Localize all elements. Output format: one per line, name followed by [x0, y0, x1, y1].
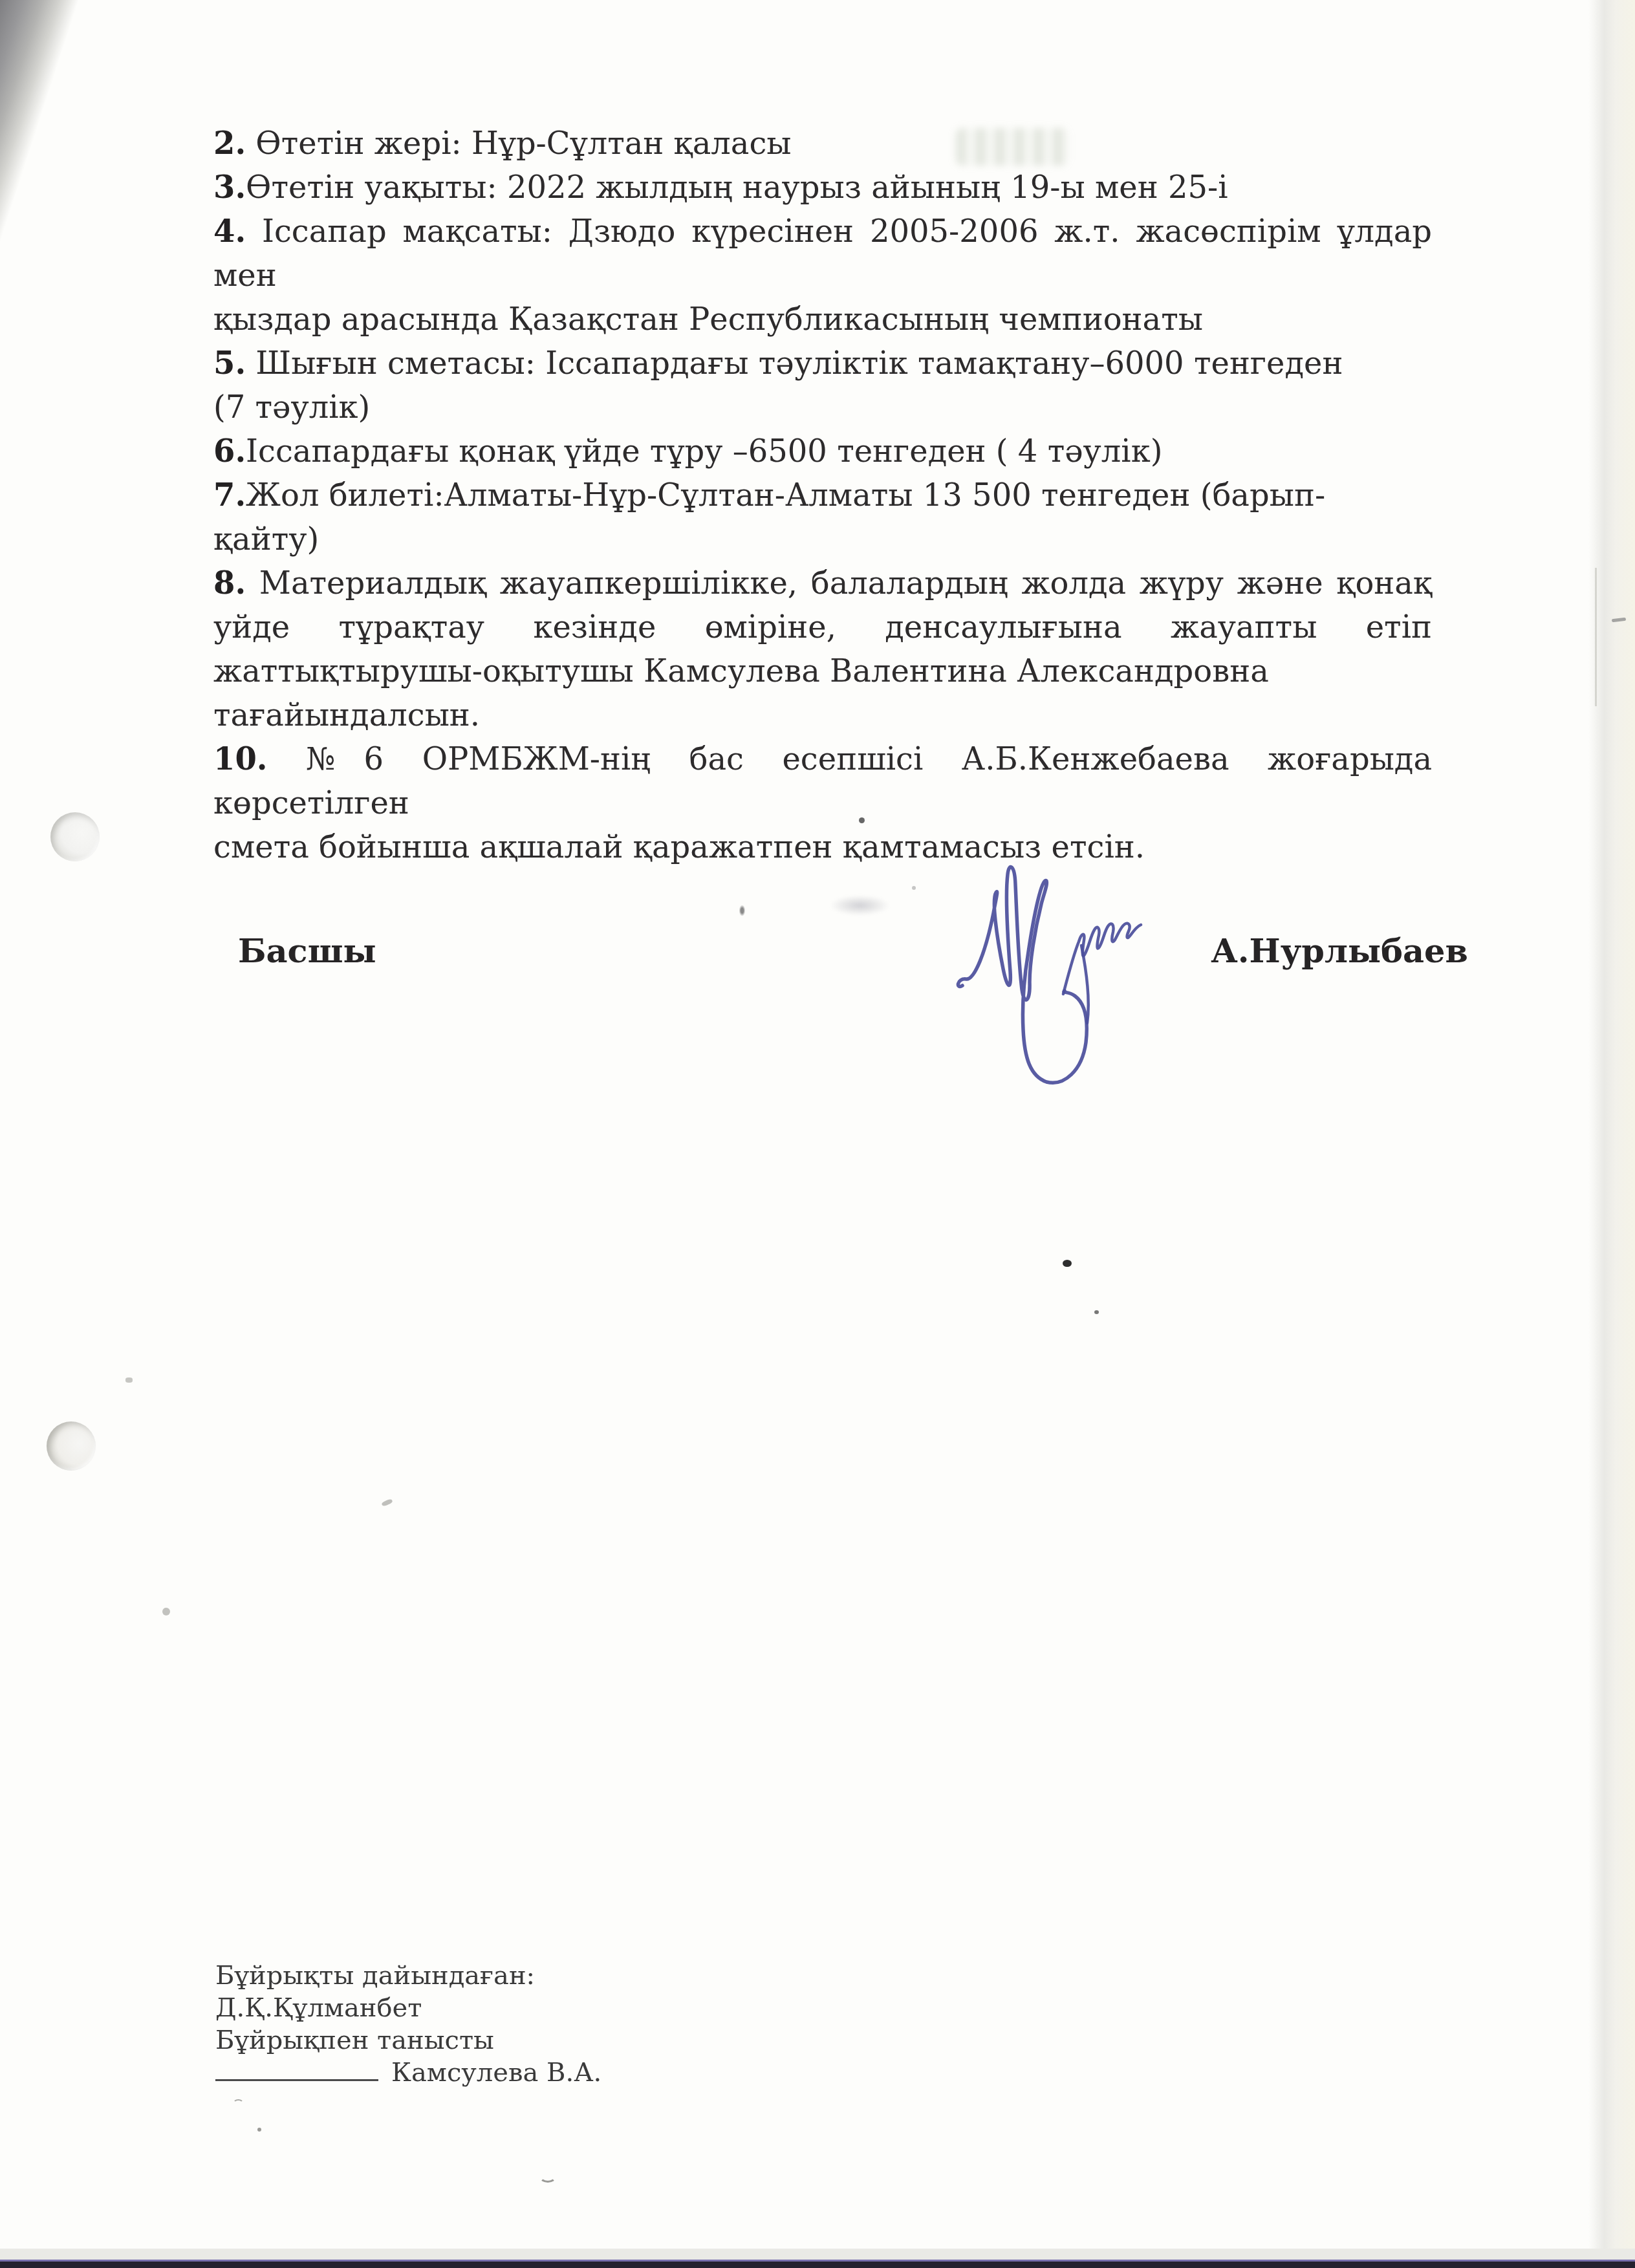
- order-line-text: Материалдық жауапкершілікке, балалардың …: [246, 565, 1432, 601]
- order-line-number: 2.: [213, 125, 246, 162]
- scan-corner-shadow: [0, 0, 142, 259]
- scan-speck: [1094, 1310, 1099, 1314]
- order-line: 10. №6 ОРМБЖМ-нің бас есепшісі А.Б.Кенже…: [213, 737, 1432, 825]
- paper-fold-line: [1595, 568, 1597, 706]
- order-line-number: 7.: [213, 477, 246, 513]
- signer-title: Басшы: [213, 929, 376, 973]
- order-lines: 2. Өтетін жері: Нұр-Сұлтан қаласы3.Өтеті…: [213, 122, 1432, 869]
- scanned-page: { "document": { "kind": "scanned order p…: [0, 0, 1635, 2268]
- scan-speck: [125, 1377, 133, 1383]
- order-line-text: жаттықтырушы-оқытушы Камсулева Валентина…: [213, 653, 1269, 689]
- scan-speck: [381, 1498, 393, 1507]
- order-line-text: қыздар арасында Қазақстан Республикасыны…: [213, 301, 1203, 338]
- signature-row: Басшы А.Нурлыбаев: [213, 929, 1468, 973]
- footer-ack-label: Бұйрықпен танысты: [215, 2024, 601, 2057]
- footer-prepared-name: Д.Қ.Құлманбет: [215, 1992, 601, 2024]
- footer-ack-row: Камсулева В.А.: [215, 2057, 601, 2089]
- footer-block: Бұйрықты дайындаған: Д.Қ.Құлманбет Бұйры…: [215, 1960, 601, 2089]
- scan-speck: [1063, 1260, 1072, 1267]
- order-line-number: 10.: [213, 741, 268, 777]
- signature-ink: [931, 834, 1190, 1106]
- order-line: тағайындалсын.: [213, 693, 1432, 737]
- order-line: қыздар арасында Қазақстан Республикасыны…: [213, 297, 1432, 341]
- order-line-text: Іссапардағы қонақ үйде тұру –6500 тенгед…: [246, 433, 1162, 470]
- order-line: жаттықтырушы-оқытушы Камсулева Валентина…: [213, 649, 1432, 693]
- order-line: уйде тұрақтау кезінде өміріне, денсаулығ…: [213, 605, 1432, 649]
- order-line-text: №6 ОРМБЖМ-нің бас есепшісі А.Б.Кенжебаев…: [213, 741, 1432, 821]
- order-line: 4. Іссапар мақсаты: Дзюдо күресінен 2005…: [213, 210, 1432, 297]
- signature-blank-line: [215, 2057, 378, 2081]
- order-line-text: Өтетін уақыты: 2022 жылдың наурыз айының…: [246, 169, 1228, 206]
- order-line-text: уйде тұрақтау кезінде өміріне, денсаулығ…: [213, 609, 1432, 645]
- order-line: смета бойынша ақшалай қаражатпен қамтама…: [213, 825, 1432, 869]
- scan-bottom-strip: [0, 2249, 1635, 2260]
- order-line-text: Шығын сметасы: Іссапардағы тәуліктік там…: [246, 345, 1343, 382]
- order-line-number: 5.: [213, 345, 246, 382]
- order-line: 2. Өтетін жері: Нұр-Сұлтан қаласы: [213, 122, 1432, 166]
- scan-speck: [233, 2099, 244, 2108]
- scan-speck: [162, 1608, 170, 1615]
- order-line-number: 6.: [213, 433, 246, 470]
- order-line-text: (7 тәулік): [213, 389, 370, 426]
- ink-bleed-smudge: [829, 895, 891, 916]
- order-line: 6.Іссапардағы қонақ үйде тұру –6500 тенг…: [213, 429, 1432, 473]
- scan-speck: [257, 2128, 261, 2132]
- order-line: 5. Шығын сметасы: Іссапардағы тәуліктік …: [213, 341, 1432, 385]
- order-line-number: 8.: [213, 565, 246, 601]
- order-line: 7.Жол билеті:Алматы-Нұр-Сұлтан-Алматы 13…: [213, 473, 1432, 561]
- scan-right-edge: [1588, 0, 1635, 2268]
- signer-name: А.Нурлыбаев: [1211, 929, 1468, 973]
- footer-ack-name: Камсулева В.А.: [391, 2058, 601, 2088]
- order-line-number: 3.: [213, 169, 246, 206]
- order-line: (7 тәулік): [213, 385, 1432, 429]
- scan-speck: [739, 904, 746, 917]
- order-line: 8. Материалдық жауапкершілікке, балалард…: [213, 561, 1432, 605]
- hole-punch-mark: [47, 1421, 96, 1471]
- order-line-text: Өтетін жері: Нұр-Сұлтан қаласы: [246, 125, 791, 162]
- scan-speck: [539, 2170, 556, 2183]
- scan-edge-bottom: [0, 2260, 1635, 2268]
- order-line-text: Жол билеті:Алматы-Нұр-Сұлтан-Алматы 13 5…: [213, 477, 1325, 557]
- order-line: 3.Өтетін уақыты: 2022 жылдың наурыз айын…: [213, 166, 1432, 210]
- order-line-number: 4.: [213, 213, 246, 250]
- footer-prepared-label: Бұйрықты дайындаған:: [215, 1960, 601, 1992]
- order-line-text: Іссапар мақсаты: Дзюдо күресінен 2005-20…: [213, 213, 1432, 294]
- scan-speck: [912, 886, 916, 890]
- order-line-text: тағайындалсын.: [213, 697, 480, 733]
- hole-punch-mark: [50, 812, 100, 861]
